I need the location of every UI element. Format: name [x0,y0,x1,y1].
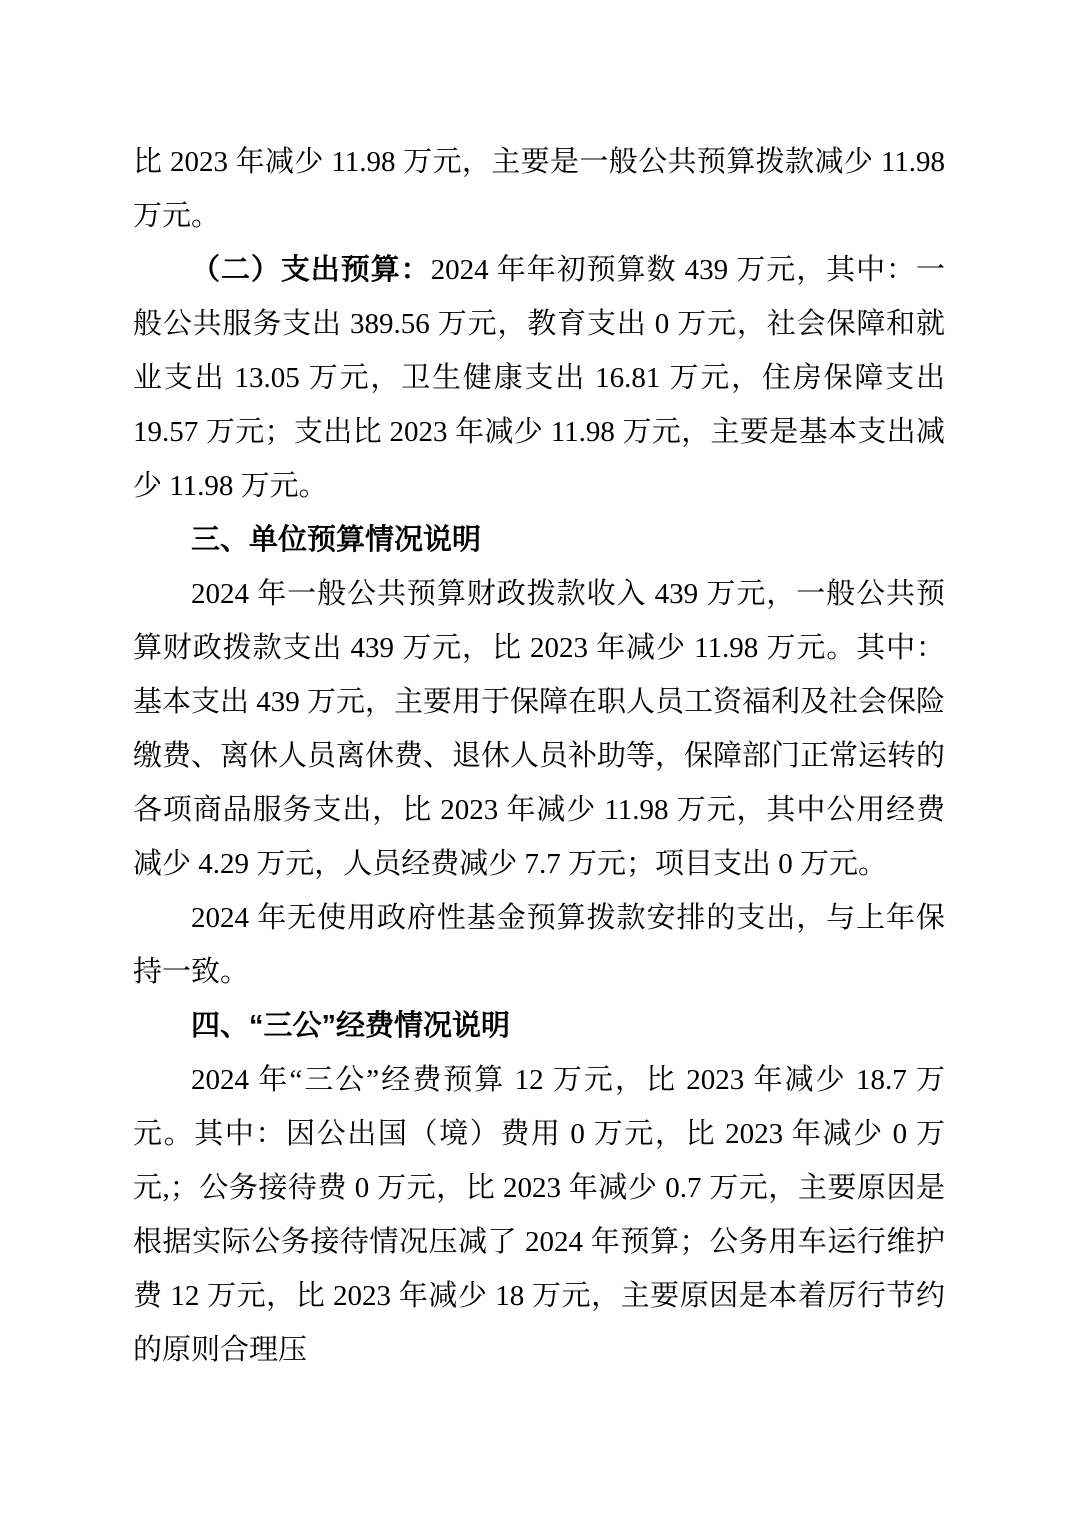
paragraph: （二）支出预算：2024 年年初预算数 439 万元，其中：一般公共服务支出 3… [133,243,945,513]
section-heading: 三、单位预算情况说明 [133,513,945,567]
document-content: 比 2023 年减少 11.98 万元，主要是一般公共预算拨款减少 11.98 … [133,135,945,1377]
text-run: 2024 年“三公”经费预算 12 万元，比 2023 年减少 18.7 万元。… [133,1064,945,1366]
text-run: 2024 年无使用政府性基金预算拨款安排的支出，与上年保持一致。 [133,902,945,988]
text-run: 四、“三公”经费情况说明 [191,1010,510,1042]
paragraph: 2024 年“三公”经费预算 12 万元，比 2023 年减少 18.7 万元。… [133,1053,945,1377]
text-run: 比 2023 年减少 11.98 万元，主要是一般公共预算拨款减少 11.98 … [133,146,945,232]
paragraph: 2024 年一般公共预算财政拨款收入 439 万元，一般公共预算财政拨款支出 4… [133,567,945,891]
document-page: 比 2023 年减少 11.98 万元，主要是一般公共预算拨款减少 11.98 … [0,0,1074,1520]
text-run: 2024 年一般公共预算财政拨款收入 439 万元，一般公共预算财政拨款支出 4… [133,578,945,880]
paragraph: 2024 年无使用政府性基金预算拨款安排的支出，与上年保持一致。 [133,891,945,999]
paragraph: 比 2023 年减少 11.98 万元，主要是一般公共预算拨款减少 11.98 … [133,135,945,243]
text-run: 2024 年年初预算数 439 万元，其中：一般公共服务支出 389.56 万元… [133,254,945,502]
text-run: （二）支出预算： [191,254,431,286]
section-heading: 四、“三公”经费情况说明 [133,999,945,1053]
text-run: 三、单位预算情况说明 [191,524,481,556]
